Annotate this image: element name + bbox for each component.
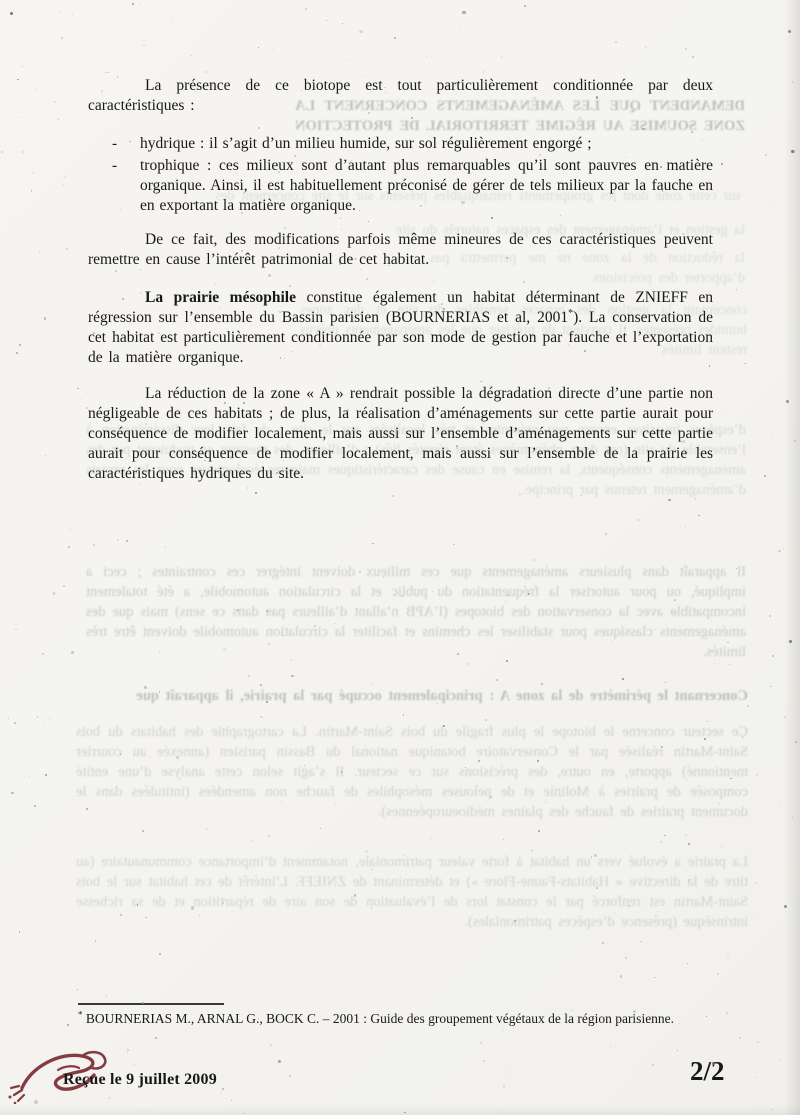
bleed-through-text: Concernant le périmètre de la zone A : p… — [76, 686, 748, 708]
paragraph-modifications: De ce fait, des modifications parfois mê… — [88, 230, 713, 270]
paragraph-reduction-zone-a: La réduction de la zone « A » rendrait p… — [88, 384, 713, 484]
page-number: 2/2 — [690, 1056, 725, 1087]
characteristics-list: - hydrique : il s’agit d’un milieu humid… — [112, 134, 713, 218]
paragraph-prairie-mesophile: La prairie mésophile constitue également… — [88, 288, 713, 368]
footnote: * BOURNERIAS M., ARNAL G., BOCK C. – 200… — [78, 1010, 728, 1027]
paragraph-biotope-intro: La présence de ce biotope est tout parti… — [88, 76, 713, 116]
list-item-text: hydrique : il s’agit d’un milieu humide,… — [140, 134, 713, 154]
scan-edge-shadow — [784, 0, 800, 1115]
footnote-text: BOURNERIAS M., ARNAL G., BOCK C. – 2001 … — [86, 1011, 674, 1026]
scanned-document-page: DEMANDENT QUE LES AMÉNAGEMENTS CONCERNEN… — [0, 0, 800, 1115]
footnote-marker: * — [78, 1010, 83, 1020]
footnote-separator-line — [78, 1003, 224, 1005]
bleed-through-text: La prairie a évolué vers un habitat à fo… — [76, 852, 748, 952]
list-item: - trophique : ces milieux sont d’autant … — [112, 156, 713, 216]
received-date-stamp: Reçue le 9 juillet 2009 — [63, 1071, 217, 1089]
scan-edge-shadow — [0, 1105, 800, 1115]
list-dash: - — [112, 134, 140, 154]
bleed-through-text: Ce secteur concerne le biotope le plus f… — [76, 722, 748, 844]
bold-lead-text: La prairie mésophile — [145, 289, 296, 306]
bleed-through-text: Il apparaît dans plusieurs aménagements … — [86, 562, 746, 666]
list-dash: - — [112, 156, 140, 216]
list-item: - hydrique : il s’agit d’un milieu humid… — [112, 134, 713, 154]
list-item-text: trophique : ces milieux sont d’autant pl… — [140, 156, 713, 216]
